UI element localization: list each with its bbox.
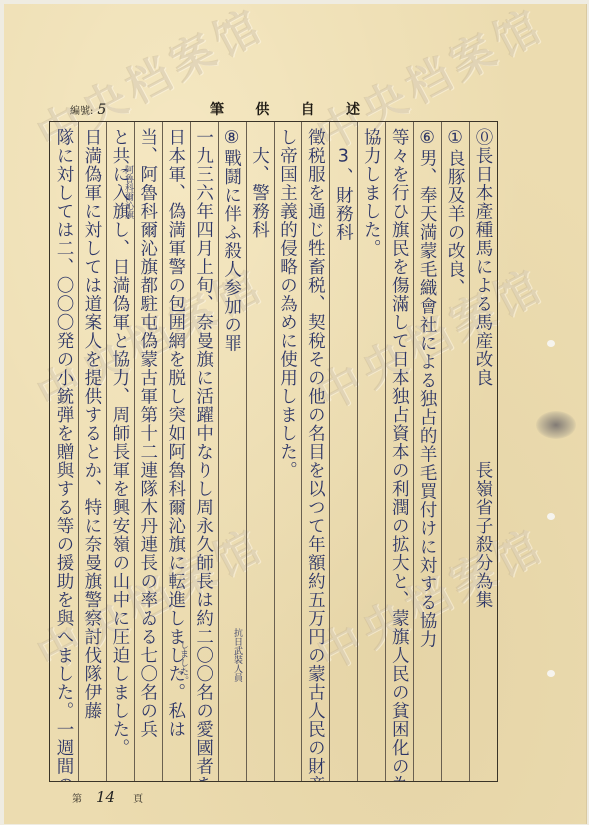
manuscript-grid: ⓪長日本產種馬による馬産改良 長嶺省子殺分為集 ①良豚及羊の改良、 ⑥男、奉天満…	[49, 121, 498, 782]
document-number-value: 5	[97, 102, 106, 118]
margin-annotation: 抗日武裝人員	[232, 628, 242, 682]
text-column: ⑥男、奉天満蒙毛織會社による独占的羊毛買付けに対する協力	[413, 122, 441, 781]
page-title: 筆 供 自 述	[210, 99, 360, 119]
text-column: し帝国主義的侵略の為めに使用しました。	[274, 122, 302, 781]
text-column: 3、財務科	[329, 122, 357, 781]
ink-stain	[536, 411, 576, 439]
document-number: 編號:5	[70, 102, 106, 118]
text-column: 一九三六年四月上旬、奈曼旗に活躍中なりし周永久師長は約二〇〇名の愛國者を率りて	[190, 122, 218, 781]
title-char: 筆	[210, 99, 224, 119]
text-column: 大、警務科	[246, 122, 274, 781]
binder-hole	[547, 340, 555, 347]
binder-hole	[547, 670, 555, 677]
page-prefix: 第	[72, 794, 82, 805]
text-column: 当、阿魯科爾沁旗都駐屯偽蒙古軍第十二連隊木丹連長の率ゐる七〇名の兵	[134, 122, 162, 781]
binder-hole	[547, 513, 555, 520]
margin-annotation: 阿魯科爾沁旗	[123, 165, 133, 219]
title-char: 述	[346, 99, 360, 119]
page-number-value: 14	[96, 788, 115, 806]
title-char: 自	[301, 99, 315, 119]
page-suffix: 頁	[133, 794, 143, 805]
text-column: 日満偽軍に対しては道案人を提供するとか、特に奈曼旗警察討伐隊伊藤	[78, 122, 106, 781]
text-column: 隊に対しては二、〇〇〇発の小銃弾を贈與する等の援助を與へました。一週間の後	[50, 122, 78, 781]
text-column: ⓪長日本產種馬による馬産改良 長嶺省子殺分為集	[469, 122, 497, 781]
margin-annotation: しました。	[178, 640, 188, 685]
text-column: 徵税服を通じ牲畜税、契稅その他の名目を以つて年額約五万円の蒙古人民の財産を掠奪	[301, 122, 329, 781]
document-number-label: 編號:	[70, 106, 93, 117]
text-column: 等々を行ひ旗民を傷滿して日本独占資本の利潤の拡大と、蒙旗人民の貧困化の為めに	[385, 122, 413, 781]
text-column: と共に入旗し、日満偽軍と協力、周師長軍を興安嶺の山中に圧迫しました。	[106, 122, 134, 781]
text-column: ①良豚及羊の改良、	[441, 122, 469, 781]
page-number: 第14頁	[72, 788, 143, 806]
title-char: 供	[255, 99, 269, 119]
text-column: ⑧戰鬪に伴ふ殺人参加の罪	[218, 122, 246, 781]
text-column: 協力しました。	[357, 122, 385, 781]
